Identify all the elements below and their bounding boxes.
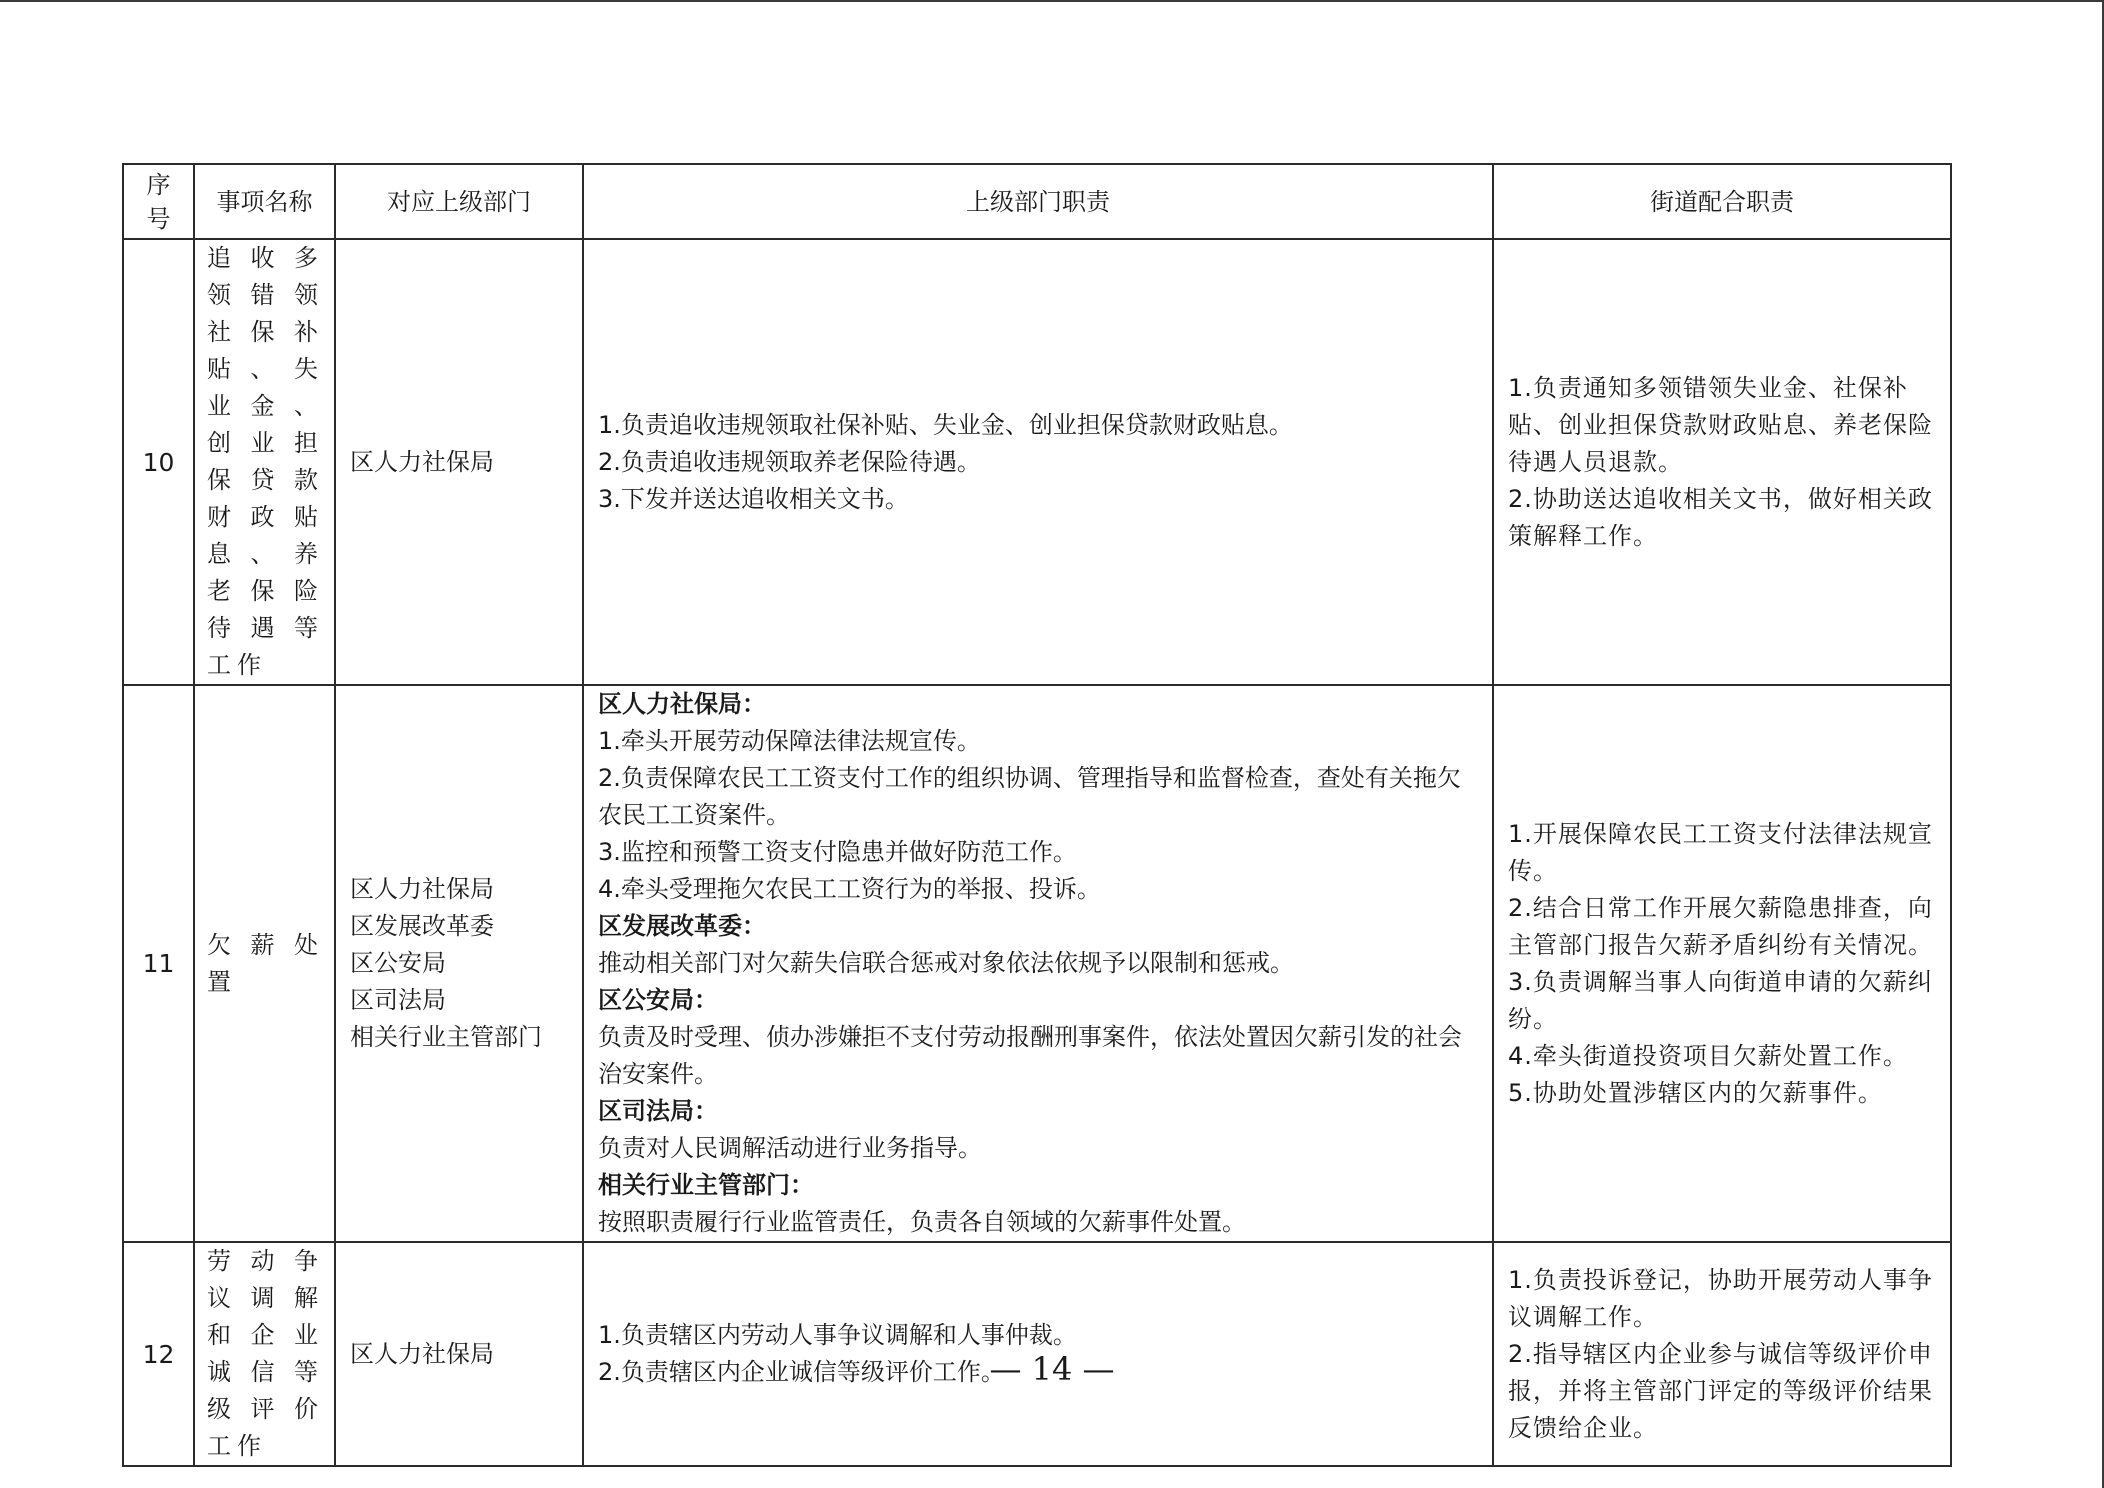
department: 区公安局 (350, 945, 582, 982)
duty-heading: 区司法局： (598, 1093, 1484, 1130)
duty-heading: 区人力社保局： (598, 686, 1484, 723)
header-seq-line: 号 (124, 202, 193, 236)
table-row: 10 追收多领错领社保补贴、失业金、创业担保贷款财政贴息、养老保险待遇等工作 区… (123, 239, 1951, 685)
duty-line: 按照职责履行行业监管责任，负责各自领域的欠薪事件处置。 (598, 1204, 1484, 1241)
duty-line: 负责及时受理、侦办涉嫌拒不支付劳动报酬刑事案件，依法处置因欠薪引发的社会治安案件… (598, 1019, 1484, 1093)
duty-table: 序 号 事项名称 对应上级部门 上级部门职责 街道配合职责 10 追收多领错领社… (122, 163, 1952, 1467)
department: 区司法局 (350, 982, 582, 1019)
department: 相关行业主管部门 (350, 1019, 582, 1056)
header-superior-dept: 对应上级部门 (335, 164, 583, 239)
street-duty-line: 2.结合日常工作开展欠薪隐患排查，向主管部门报告欠薪矛盾纠纷有关情况。 (1508, 890, 1942, 964)
row-item-name: 欠薪处置 (194, 685, 335, 1242)
duty-line: 3.监控和预警工资支付隐患并做好防范工作。 (598, 834, 1484, 871)
row-street-duties: 1.负责通知多领错领失业金、社保补贴、创业担保贷款财政贴息、养老保险待遇人员退款… (1493, 239, 1951, 685)
duty-line: 1.牵头开展劳动保障法律法规宣传。 (598, 723, 1484, 760)
row-superior-duties: 1.负责追收违规领取社保补贴、失业金、创业担保贷款财政贴息。 2.负责追收违规领… (583, 239, 1493, 685)
duty-line: 4.牵头受理拖欠农民工工资行为的举报、投诉。 (598, 871, 1484, 908)
duty-line: 推动相关部门对欠薪失信联合惩戒对象依法依规予以限制和惩戒。 (598, 945, 1484, 982)
duty-line: 3.下发并送达追收相关文书。 (598, 481, 1484, 518)
department: 区人力社保局 (350, 871, 582, 908)
duty-line: 负责对人民调解活动进行业务指导。 (598, 1130, 1484, 1167)
duty-line: 2.负责保障农民工工资支付工作的组织协调、管理指导和监督检查，查处有关拖欠农民工… (598, 760, 1484, 834)
duty-line: 1.负责追收违规领取社保补贴、失业金、创业担保贷款财政贴息。 (598, 407, 1484, 444)
table-header-row: 序 号 事项名称 对应上级部门 上级部门职责 街道配合职责 (123, 164, 1951, 239)
duty-heading: 区公安局： (598, 982, 1484, 1019)
street-duty-line: 3.负责调解当事人向街道申请的欠薪纠纷。 (1508, 964, 1942, 1038)
header-item-name: 事项名称 (194, 164, 335, 239)
header-superior-duties: 上级部门职责 (583, 164, 1493, 239)
row-superior-duties: 区人力社保局： 1.牵头开展劳动保障法律法规宣传。 2.负责保障农民工工资支付工… (583, 685, 1493, 1242)
row-departments: 区人力社保局 (335, 239, 583, 685)
street-duty-line: 4.牵头街道投资项目欠薪处置工作。 (1508, 1038, 1942, 1075)
duty-line: 2.负责追收违规领取养老保险待遇。 (598, 444, 1484, 481)
department: 区发展改革委 (350, 908, 582, 945)
street-duty-line: 2.协助送达追收相关文书，做好相关政策解释工作。 (1508, 481, 1942, 555)
row-street-duties: 1.开展保障农民工工资支付法律法规宣传。 2.结合日常工作开展欠薪隐患排查，向主… (1493, 685, 1951, 1242)
street-duty-line: 1.负责通知多领错领失业金、社保补贴、创业担保贷款财政贴息、养老保险待遇人员退款… (1508, 370, 1942, 481)
row-item-name: 追收多领错领社保补贴、失业金、创业担保贷款财政贴息、养老保险待遇等工作 (194, 239, 335, 685)
header-seq: 序 号 (123, 164, 194, 239)
row-seq: 10 (123, 239, 194, 685)
street-duty-line: 1.开展保障农民工工资支付法律法规宣传。 (1508, 816, 1942, 890)
street-duty-line: 5.协助处置涉辖区内的欠薪事件。 (1508, 1075, 1942, 1112)
duty-line: 1.负责辖区内劳动人事争议调解和人事仲裁。 (598, 1317, 1484, 1354)
street-duty-line: 1.负责投诉登记，协助开展劳动人事争议调解工作。 (1508, 1262, 1942, 1336)
department: 区人力社保局 (350, 444, 582, 481)
page-top-border (0, 0, 2104, 2)
table-row: 11 欠薪处置 区人力社保局 区发展改革委 区公安局 区司法局 相关行业主管部门… (123, 685, 1951, 1242)
header-seq-line: 序 (124, 168, 193, 202)
header-street-duties: 街道配合职责 (1493, 164, 1951, 239)
row-seq: 11 (123, 685, 194, 1242)
row-departments: 区人力社保局 区发展改革委 区公安局 区司法局 相关行业主管部门 (335, 685, 583, 1242)
duty-heading: 区发展改革委： (598, 908, 1484, 945)
page-number: — 14 — (0, 1350, 2104, 1388)
duty-heading: 相关行业主管部门： (598, 1167, 1484, 1204)
